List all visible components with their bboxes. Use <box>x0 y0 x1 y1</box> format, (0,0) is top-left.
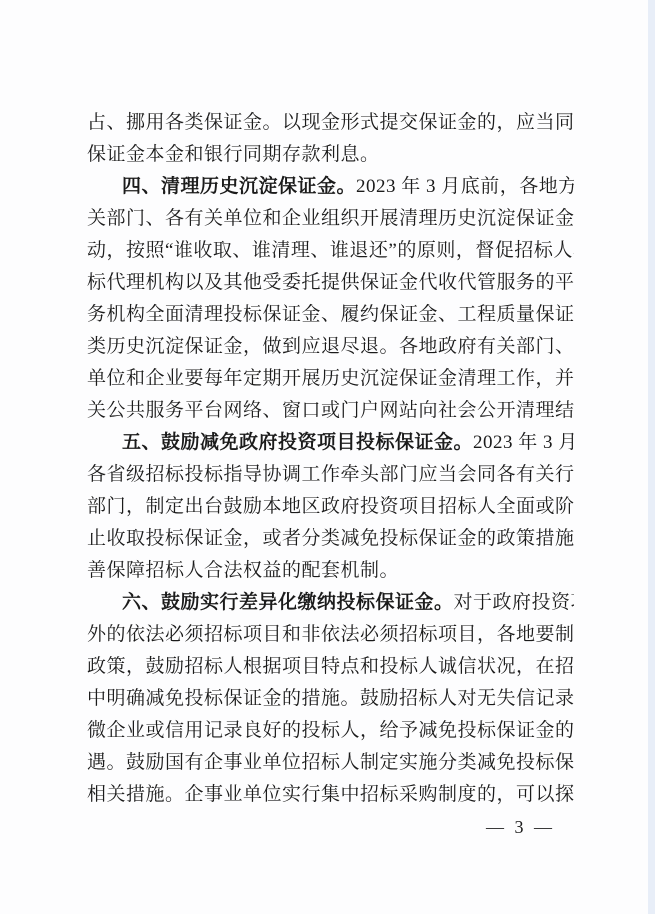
text-line: 标代理机构以及其他受委托提供保证金代收代管服务的平台和服 <box>87 267 574 299</box>
page-number: — 3 — <box>486 811 555 843</box>
text-run: 2023 年 3 月底前，各地方政府有 <box>356 176 574 197</box>
text-line: 相关措施。企事业单位实行集中招标采购制度的，可以探索试行 <box>87 779 574 811</box>
section-6-first-line: 六、鼓励实行差异化缴纳投标保证金。对于政府投资项目以 <box>87 587 574 619</box>
text-line: 单位和企业要每年定期开展历史沉淀保证金清理工作，并通过相 <box>87 363 574 395</box>
text-line: 中明确减免投标保证金的措施。鼓励招标人对无失信记录的中小 <box>87 683 574 715</box>
section-6-heading: 六、鼓励实行差异化缴纳投标保证金。 <box>122 592 454 613</box>
text-line: 遇。鼓励国有企事业单位招标人制定实施分类减免投标保证金的 <box>87 747 574 779</box>
section-5-heading: 五、鼓励减免政府投资项目投标保证金。 <box>122 432 473 453</box>
text-line: 止收取投标保证金，或者分类减免投标保证金的政策措施，并完 <box>87 523 574 555</box>
text-line: 动，按照“谁收取、谁清理、谁退还”的原则，督促招标人、招 <box>87 235 574 267</box>
text-line: 各省级招标投标指导协调工作牵头部门应当会同各有关行政监督 <box>87 459 574 491</box>
text-line: 微企业或信用记录良好的投标人，给予减免投标保证金的优惠待 <box>87 715 574 747</box>
text-run: 对于政府投资项目以 <box>454 592 574 613</box>
text-line: 保证金本金和银行同期存款利息。 <box>87 139 574 171</box>
text-line: 类历史沉淀保证金，做到应退尽退。各地政府有关部门、各有关 <box>87 331 574 363</box>
text-line: 外的依法必须招标项目和非依法必须招标项目，各地要制定相应 <box>87 619 574 651</box>
text-line: 务机构全面清理投标保证金、履约保证金、工程质量保证金等各 <box>87 299 574 331</box>
text-line: 善保障招标人合法权益的配套机制。 <box>87 555 574 587</box>
scan-edge-strip <box>648 0 655 914</box>
text-line: 政策，鼓励招标人根据项目特点和投标人诚信状况，在招标文件 <box>87 651 574 683</box>
scanned-document-page: 占、挪用各类保证金。以现金形式提交保证金的，应当同时退还 保证金本金和银行同期存… <box>0 0 655 914</box>
document-body: 占、挪用各类保证金。以现金形式提交保证金的，应当同时退还 保证金本金和银行同期存… <box>87 107 574 811</box>
section-4-first-line: 四、清理历史沉淀保证金。2023 年 3 月底前，各地方政府有 <box>87 171 574 203</box>
text-line: 占、挪用各类保证金。以现金形式提交保证金的，应当同时退还 <box>87 107 574 139</box>
text-run: 2023 年 3 月底前， <box>473 432 574 453</box>
text-line: 关部门、各有关单位和企业组织开展清理历史沉淀保证金专项行 <box>87 203 574 235</box>
text-line: 关公共服务平台网络、窗口或门户网站向社会公开清理结果。 <box>87 395 574 427</box>
section-5-first-line: 五、鼓励减免政府投资项目投标保证金。2023 年 3 月底前， <box>87 427 574 459</box>
section-4-heading: 四、清理历史沉淀保证金。 <box>122 176 356 197</box>
text-line: 部门，制定出台鼓励本地区政府投资项目招标人全面或阶段性停 <box>87 491 574 523</box>
